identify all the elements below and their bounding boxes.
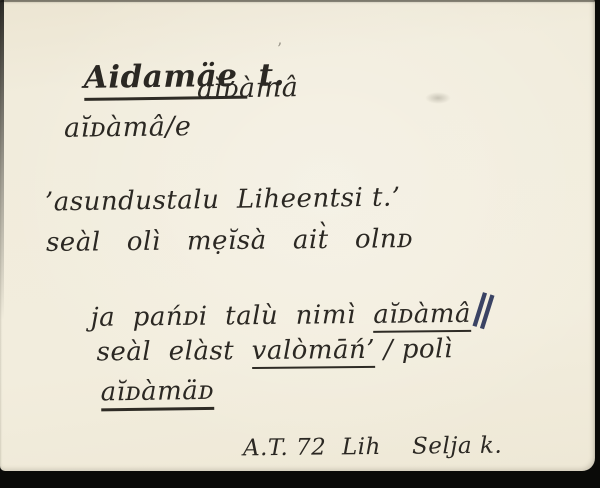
underlined-name-aidamad: aĭᴅàmäᴅ: [100, 375, 214, 411]
note-quote-line: ’asundustalu Liheentsi t.’: [45, 184, 401, 218]
underlined-word-valoman: valòmāń’: [252, 334, 376, 368]
card-left-edge-shadow: [0, 0, 4, 320]
scanned-card-page: Aidamäe t. ’ aĭᴅàmâ aĭᴅàmâ/e ’asundustal…: [0, 0, 600, 488]
card-top-edge-shadow: [0, 0, 595, 2]
phonetic-transcription-primary: aĭᴅàmâ: [197, 73, 299, 104]
index-card: Aidamäe t. ’ aĭᴅàmâ aĭᴅàmâ/e ’asundustal…: [0, 0, 595, 471]
phonetic-transcription-allative: aĭᴅàmâ/e: [64, 112, 192, 143]
double-stroke-mark: ∥: [469, 294, 498, 329]
paper-smudge: [425, 92, 451, 104]
note-line-5: aĭᴅàmäᴅ: [47, 348, 214, 436]
note-line-4-tail: / polì: [375, 334, 453, 365]
note-line-2: seàl olì mẹĭsà ait̀ olnᴅ: [46, 225, 413, 257]
collector-signature: A.T. 72 Lih Selja k.: [243, 434, 502, 462]
stray-pen-mark: ’: [277, 40, 283, 58]
